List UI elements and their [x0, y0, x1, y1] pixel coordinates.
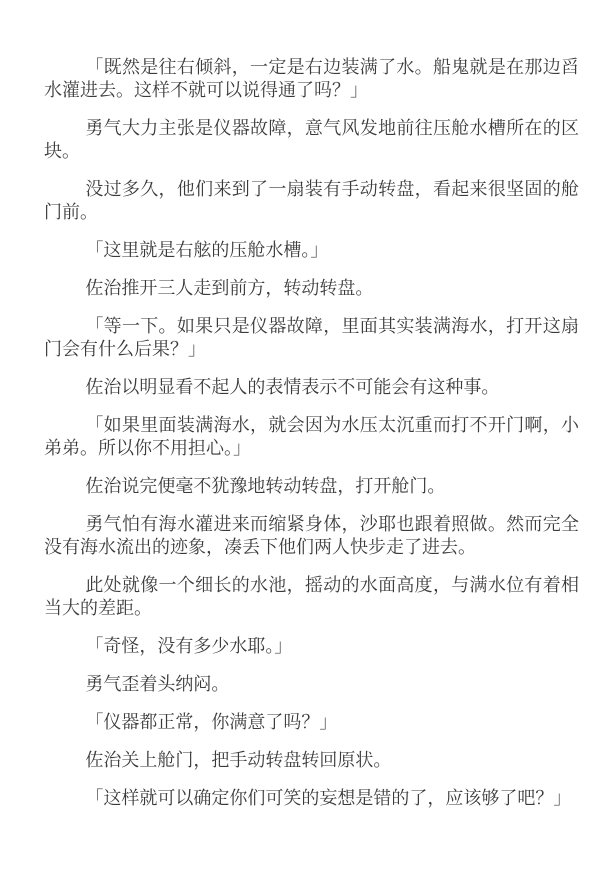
paragraph: 勇气怕有海水灌进来而缩紧身体，沙耶也跟着照做。然而完全没有海水流出的迹象，凑丢下… [44, 513, 579, 559]
paragraph: 此处就像一个细长的水池，摇动的水面高度，与满水位有着相当大的差距。 [44, 574, 579, 620]
paragraph: 佐治说完便毫不犹豫地转动转盘，打开舱门。 [44, 475, 579, 498]
paragraph: 「仪器都正常，你满意了吗？」 [44, 711, 579, 734]
paragraph: 「如果里面装满海水，就会因为水压太沉重而打不开门啊，小弟弟。所以你不用担心。」 [44, 414, 579, 460]
paragraph: 佐治关上舱门，把手动转盘转回原状。 [44, 749, 579, 772]
paragraph: 「既然是往右倾斜，一定是右边装满了水。船鬼就是在那边舀水灌进去。这样不就可以说得… [44, 56, 579, 102]
paragraph: 没过多久，他们来到了一扇装有手动转盘，看起来很坚固的舱门前。 [44, 178, 579, 224]
paragraph: 「这样就可以确定你们可笑的妄想是错的了，应该够了吧？」 [44, 787, 579, 810]
novel-page: 「既然是往右倾斜，一定是右边装满了水。船鬼就是在那边舀水灌进去。这样不就可以说得… [0, 0, 613, 869]
paragraph: 佐治推开三人走到前方，转动转盘。 [44, 277, 579, 300]
paragraph: 「这里就是右舷的压舱水槽。」 [44, 239, 579, 262]
paragraph: 佐治以明显看不起人的表情表示不可能会有这种事。 [44, 376, 579, 399]
paragraph: 「等一下。如果只是仪器故障，里面其实装满海水，打开这扇门会有什么后果？」 [44, 315, 579, 361]
paragraph: 勇气歪着头纳闷。 [44, 673, 579, 696]
paragraph: 勇气大力主张是仪器故障，意气风发地前往压舱水槽所在的区块。 [44, 117, 579, 163]
paragraph: 「奇怪，没有多少水耶。」 [44, 635, 579, 658]
